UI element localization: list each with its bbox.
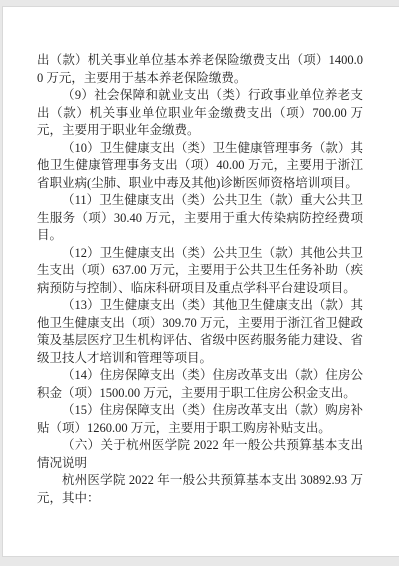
paragraph-item-10-health-management: （10）卫生健康支出（类）卫生健康管理事务（款）其他卫生健康管理事务支出（项）4… — [37, 140, 363, 193]
paragraph-basic-expenditure-total: 杭州医学院 2022 年一般公共预算基本支出 30892.93 万元，其中： — [37, 472, 363, 507]
paragraph-pension-contribution-continued: 出（款）机关事业单位基本养老保险缴费支出（项）1400.00 万元，主要用于基本… — [37, 52, 363, 87]
paragraph-item-9-occupational-annuity: （9）社会保障和就业支出（类）行政事业单位养老支出（款）机关事业单位职业年金缴费… — [37, 87, 363, 140]
section-heading-6: （六）关于杭州医学院 2022 年一般公共预算基本支出情况说明 — [37, 437, 363, 472]
document-text-block: 出（款）机关事业单位基本养老保险缴费支出（项）1400.00 万元，主要用于基本… — [37, 52, 363, 507]
document-page: 出（款）机关事业单位基本养老保险缴费支出（项）1400.00 万元，主要用于基本… — [2, 6, 399, 557]
paragraph-item-13-other-health-expenditure: （13）卫生健康支出（类）其他卫生健康支出（款）其他卫生健康支出（项）309.7… — [37, 297, 363, 367]
paragraph-item-12-other-public-health: （12）卫生健康支出（类）公共卫生（款）其他公共卫生支出（项）637.00 万元… — [37, 245, 363, 298]
paragraph-item-14-housing-fund: （14）住房保障支出（类）住房改革支出（款）住房公积金（项）1500.00 万元… — [37, 367, 363, 402]
paragraph-item-15-housing-subsidy: （15）住房保障支出（类）住房改革支出（款）购房补贴（项）1260.00 万元，… — [37, 402, 363, 437]
document-viewer-background: { "document": { "language": "zh-CN", "ba… — [0, 0, 399, 566]
paragraph-item-11-major-public-health: （11）卫生健康支出（类）公共卫生（款）重大公共卫生服务（项）30.40 万元，… — [37, 192, 363, 245]
